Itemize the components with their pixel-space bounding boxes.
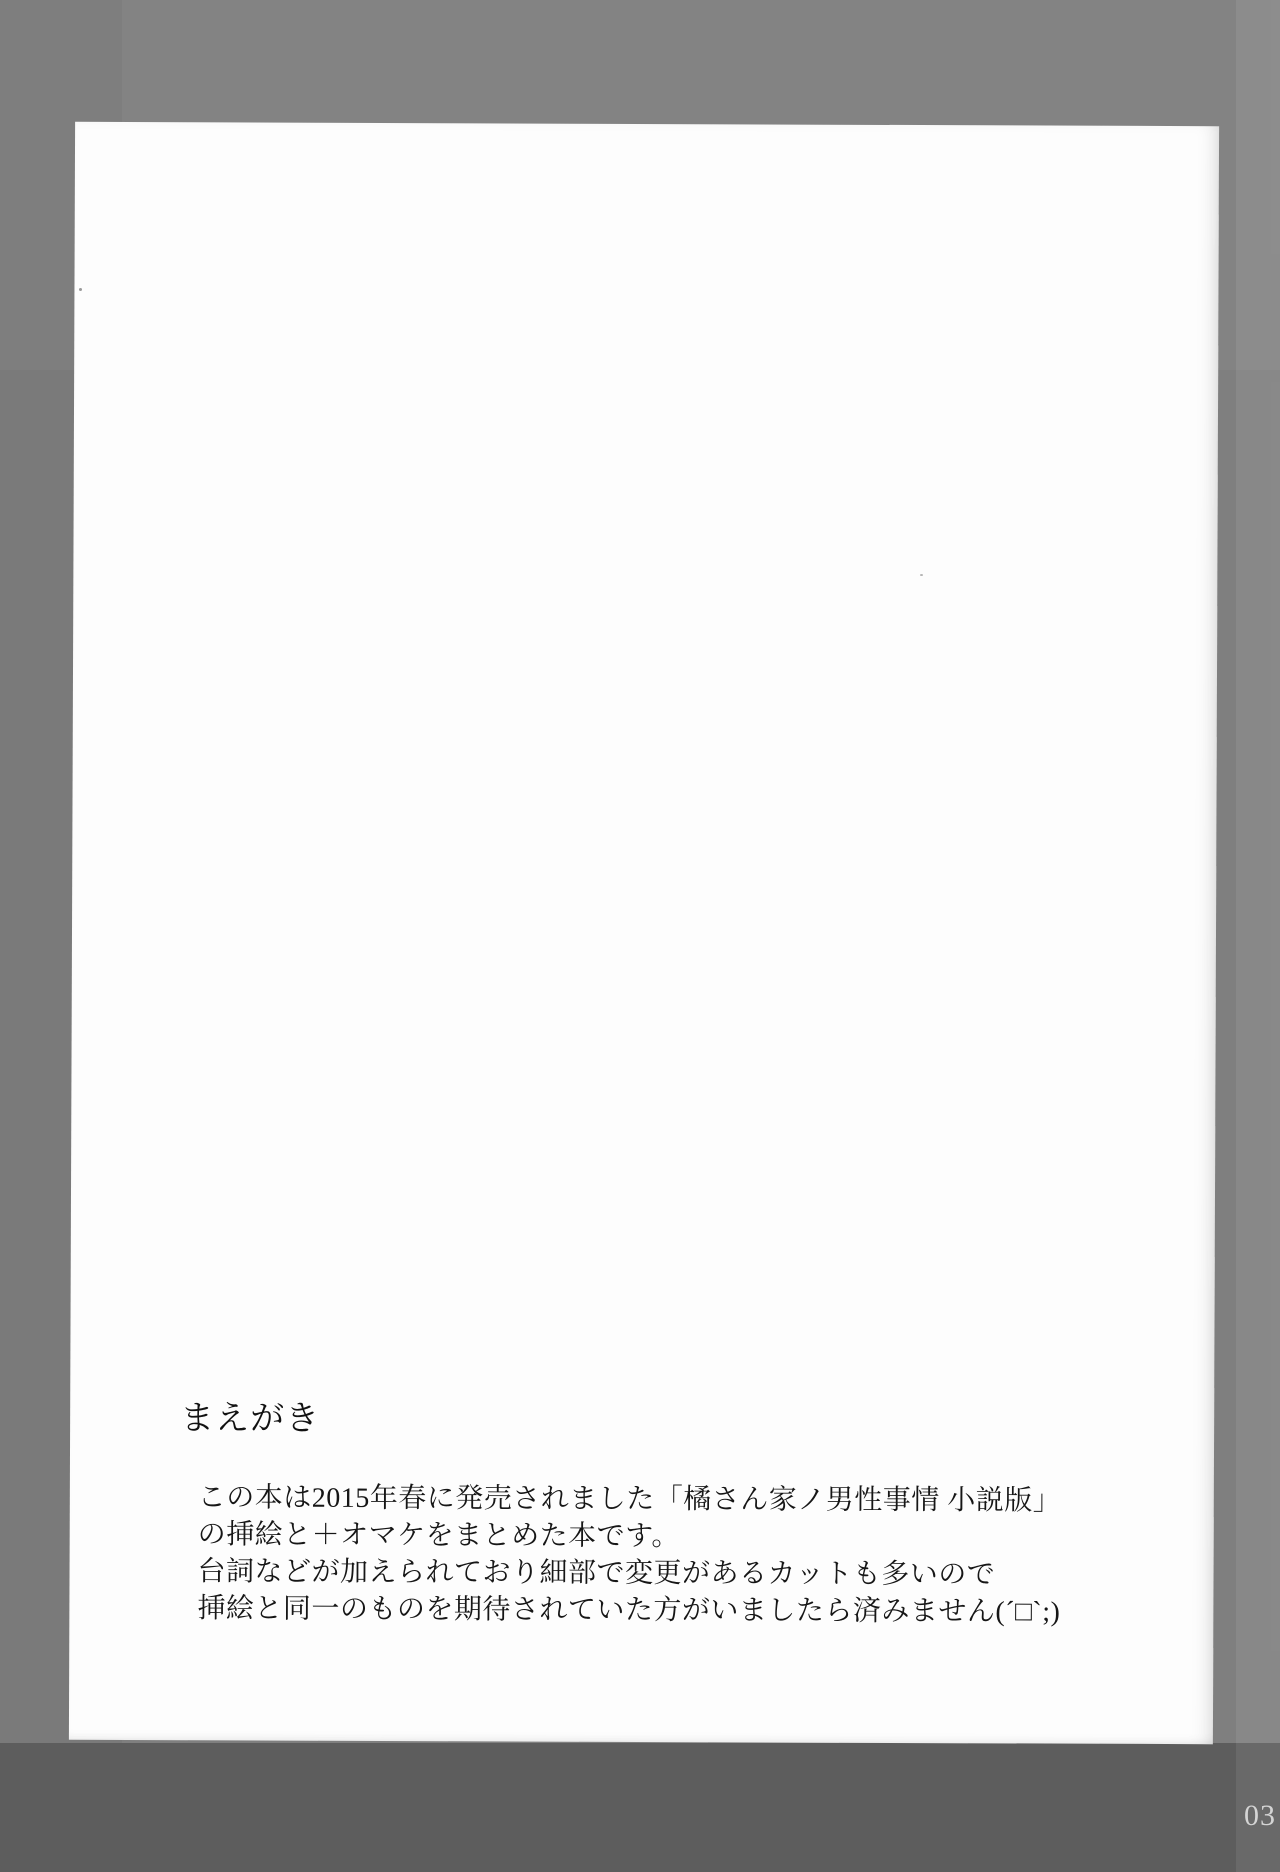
page-number: 03 <box>1244 1800 1276 1832</box>
paragraph-line: 挿絵と同一のものを期待されていた方がいましたら済みません(´□`;) <box>197 1590 1177 1631</box>
paragraph-line: この本は2015年春に発売されました「橘さん家ノ男性事情 小説版」 <box>198 1479 1178 1520</box>
scan-speck <box>920 574 923 576</box>
paragraph-line: 台詞などが加えられており細部で変更があるカットも多いので <box>197 1553 1177 1594</box>
scanner-right-light-strip <box>1236 0 1280 1872</box>
paper-page: まえがき この本は2015年春に発売されました「橘さん家ノ男性事情 小説版」 の… <box>69 122 1219 1744</box>
paragraph-line: の挿絵と＋オマケをまとめた本です。 <box>198 1516 1178 1557</box>
foreword-paragraph: この本は2015年春に発売されました「橘さん家ノ男性事情 小説版」 の挿絵と＋オ… <box>197 1479 1178 1631</box>
scan-speck <box>79 288 82 291</box>
scanned-page-canvas: まえがき この本は2015年春に発売されました「橘さん家ノ男性事情 小説版」 の… <box>0 0 1280 1872</box>
foreword-heading: まえがき <box>180 1397 320 1442</box>
scanner-bottom-shadow-band <box>0 1743 1280 1872</box>
